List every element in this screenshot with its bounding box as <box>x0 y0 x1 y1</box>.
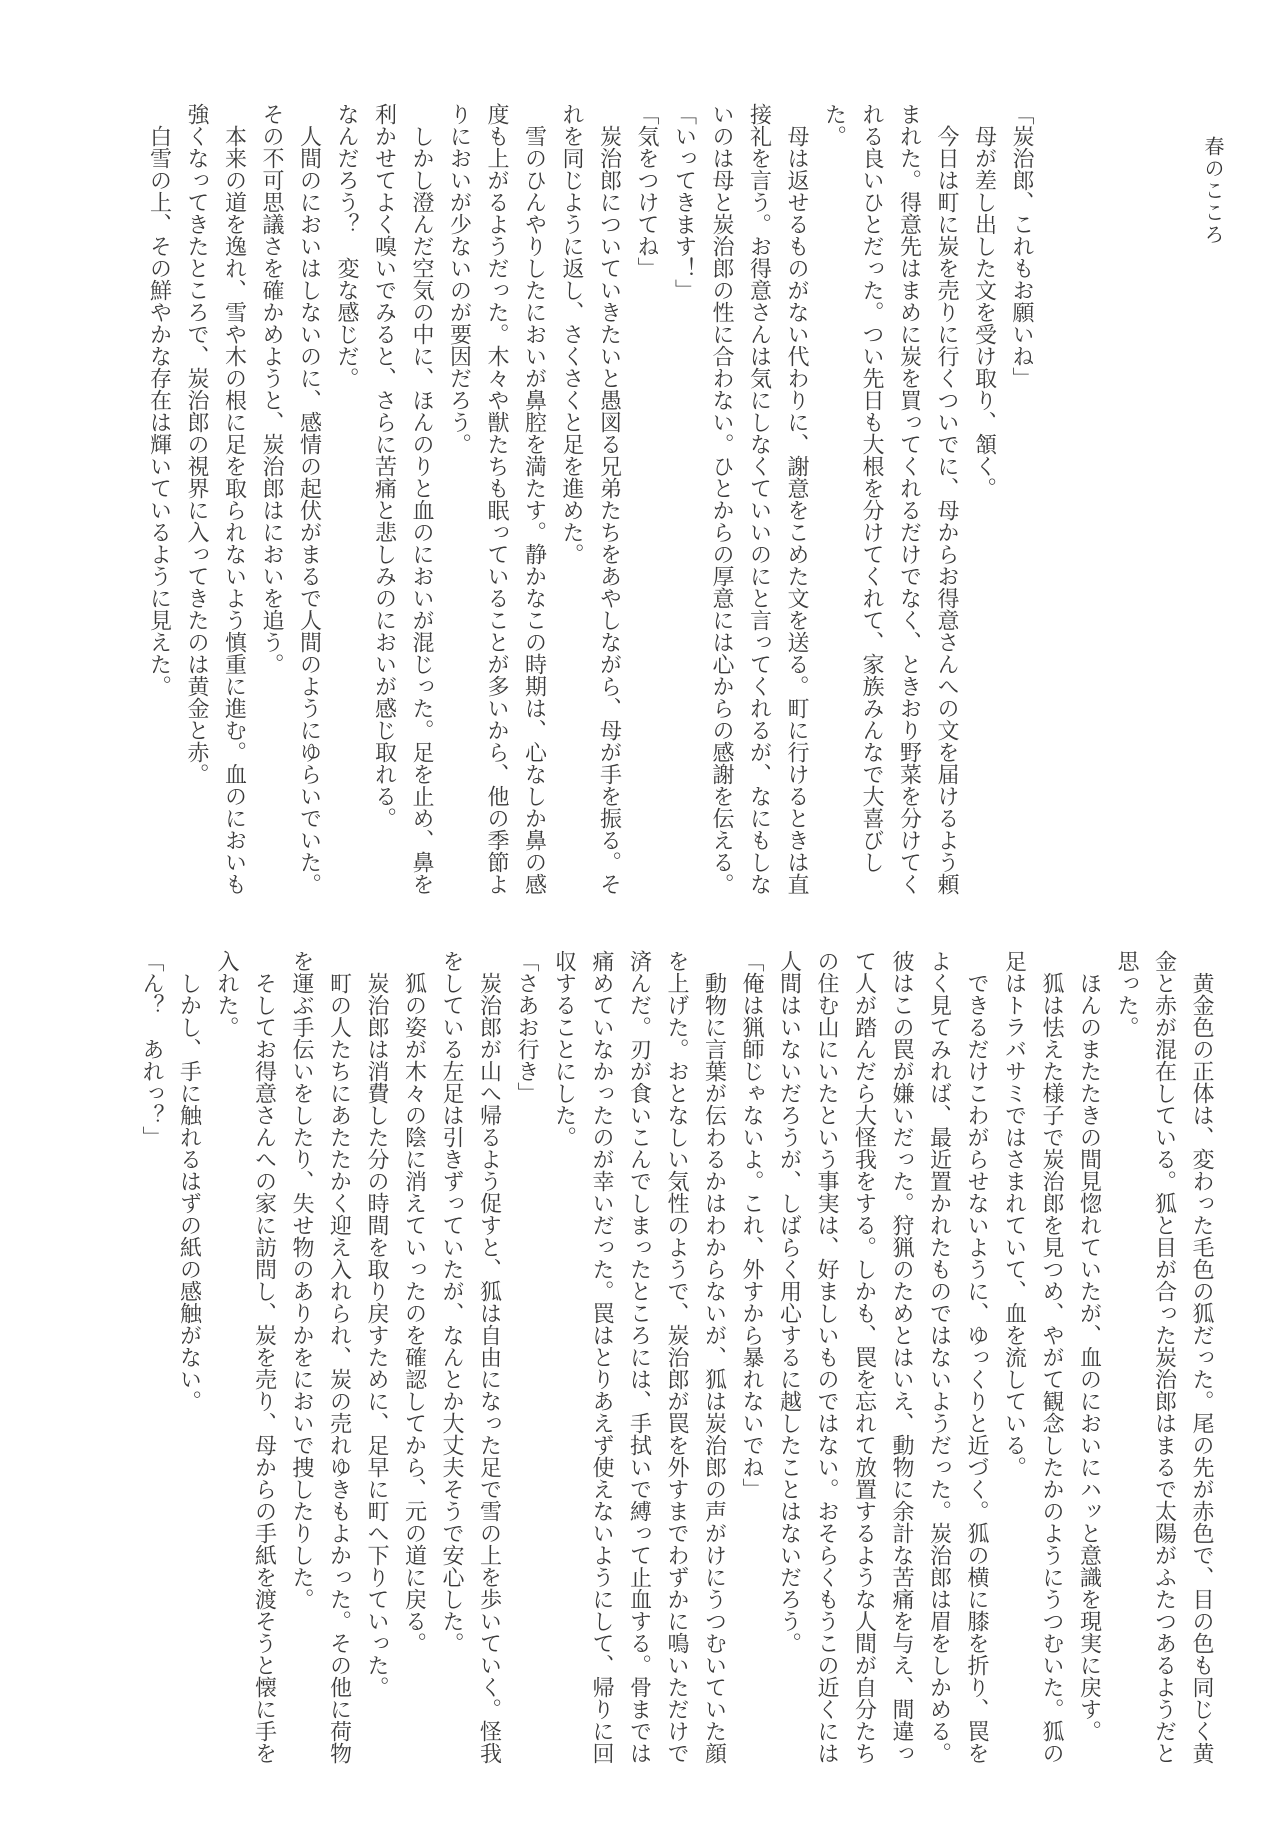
paragraph: しかし、手に触れるはずの紙の感触がない。 <box>170 950 208 1770</box>
paragraph: 母は返せるものがない代わりに、謝意をこめた文を送る。町に行けるときは直接礼を言う… <box>703 103 816 903</box>
paragraph: 「いってきます！」 <box>665 103 703 903</box>
paragraph: 炭治郎は消費した分の時間を取り戻すために、足早に町へ下りていった。 <box>358 950 396 1770</box>
paragraph: 炭治郎についていきたいと愚図る兄弟たちをあやしながら、母が手を振る。それを同じよ… <box>553 103 628 903</box>
text-block-bottom: 黄金色の正体は、変わった毛色の狐だった。尾の先が赤色で、目の色も同じく黄金と赤が… <box>80 950 1220 1770</box>
paragraph: 狐は怯えた様子で炭治郎を見つめ、やがて観念したかのようにうつむいた。狐の足はトラ… <box>995 950 1070 1770</box>
text-block-top: 「炭治郎、これもお願いね」母が差し出した文を受け取り、頷く。今日は町に炭を売りに… <box>80 103 1040 903</box>
paragraph: 炭治郎が山へ帰るよう促すと、狐は自由になった足で雪の上を歩いていく。怪我をしてい… <box>433 950 508 1770</box>
paragraph: そしてお得意さんへの家に訪問し、炭を売り、母からの手紙を渡そうと懐に手を入れた。 <box>208 950 283 1770</box>
paragraph: 人間のにおいはしないのに、感情の起伏がまるで人間のようにゆらいでいた。その不可思… <box>253 103 328 903</box>
paragraph: しかし澄んだ空気の中に、ほんのりと血のにおいが混じった。足を止め、鼻を利かせてよ… <box>365 103 440 903</box>
novel-page: 春のこころ 「炭治郎、これもお願いね」母が差し出した文を受け取り、頷く。今日は町… <box>0 0 1280 1829</box>
paragraph: ほんのまたたきの間見惚れていたが、血のにおいにハッと意識を現実に戻す。 <box>1070 950 1108 1770</box>
paragraph: 「ん？ あれっ？」 <box>133 950 171 1770</box>
paragraph: 「俺は猟師じゃないよ。これ、外すから暴れないでね」 <box>733 950 771 1770</box>
paragraph: 白雪の上、その鮮やかな存在は輝いているように見えた。 <box>140 103 178 903</box>
paragraph: 今日は町に炭を売りに行くついでに、母からお得意さんへの文を届けるよう頼まれた。得… <box>815 103 965 903</box>
paragraph: 母が差し出した文を受け取り、頷く。 <box>965 103 1003 903</box>
paragraph: 「さあお行き」 <box>508 950 546 1770</box>
paragraph: 「炭治郎、これもお願いね」 <box>1003 103 1041 903</box>
paragraph: 本来の道を逸れ、雪や木の根に足を取られないよう慎重に進む。血のにおいも強くなって… <box>178 103 253 903</box>
paragraph: 狐の姿が木々の陰に消えていったのを確認してから、元の道に戻る。 <box>395 950 433 1770</box>
paragraph: できるだけこわがらせないように、ゆっくりと近づく。狐の横に膝を折り、罠をよく見て… <box>770 950 995 1770</box>
paragraph: なんだろう？ 変な感じだ。 <box>328 103 366 903</box>
paragraph: 雪のひんやりしたにおいが鼻腔を満たす。静かなこの時期は、心なしか鼻の感度も上がる… <box>440 103 553 903</box>
paragraph: 動物に言葉が伝わるかはわからないが、狐は炭治郎の声がけにうつむいていた顔を上げた… <box>545 950 733 1770</box>
page-title: 春のこころ <box>1198 136 1228 336</box>
paragraph: 黄金色の正体は、変わった毛色の狐だった。尾の先が赤色で、目の色も同じく黄金と赤が… <box>1108 950 1221 1770</box>
paragraph: 「気をつけてね」 <box>628 103 666 903</box>
paragraph: 町の人たちにあたたかく迎え入れられ、炭の売れゆきもよかった。その他に荷物を運ぶ手… <box>283 950 358 1770</box>
